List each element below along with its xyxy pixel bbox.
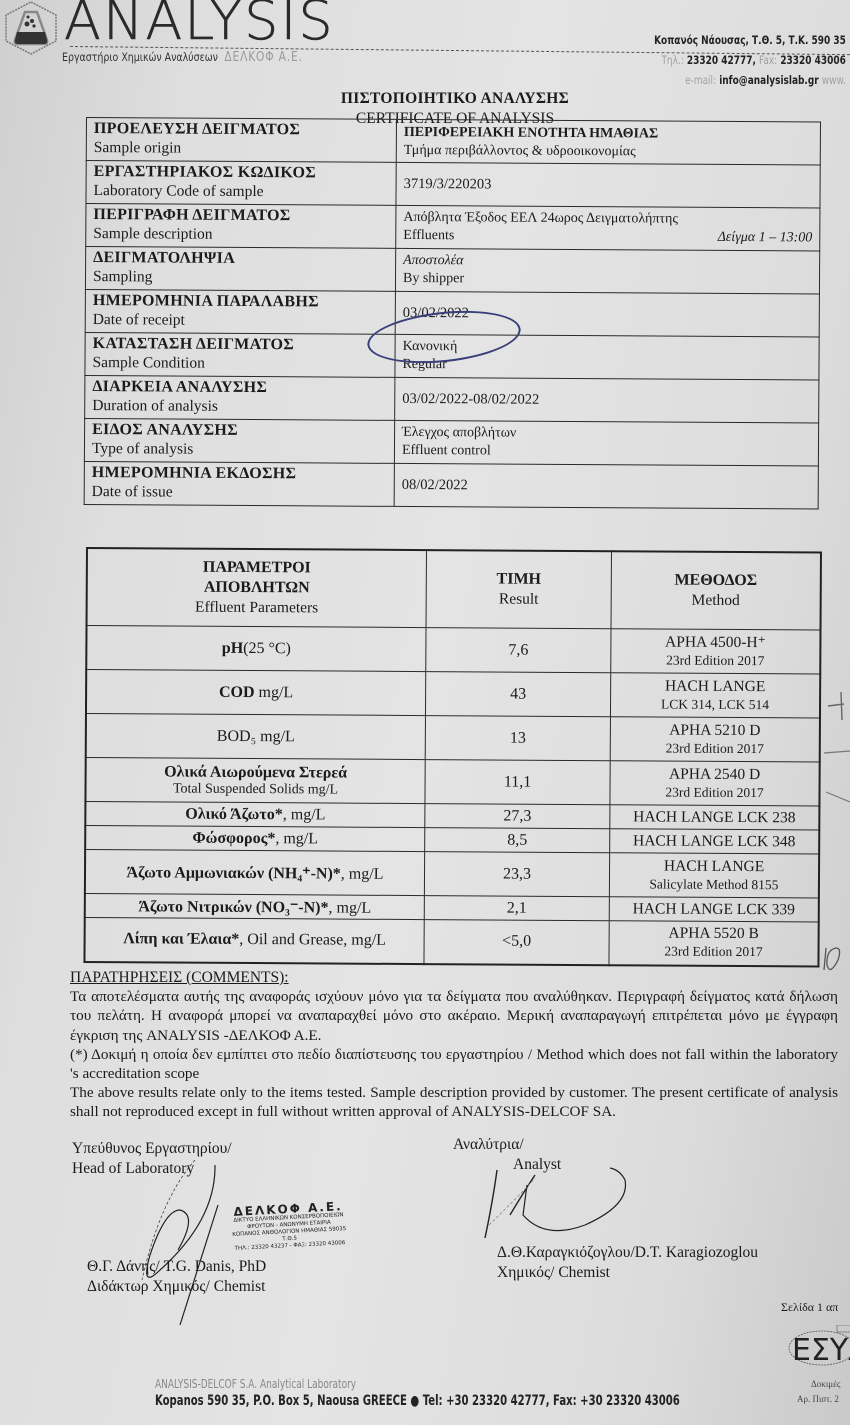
footer-address: Kopanos 590 35, P.O. Box 5, Naousa GREEC… [155, 1393, 680, 1409]
table-row: Ολικά Αιωρούμενα ΣτερεάTotal Suspended S… [85, 758, 819, 806]
page-number: Σελίδα 1 απ [781, 1300, 838, 1315]
handwritten-margin-marks [822, 680, 850, 980]
contact-block: Κοπανός Νάουσας, Τ.Θ. 5, Τ.Κ. 590 35 Tηλ… [654, 30, 846, 90]
results-header-row: ΠΑΡΑΜΕΤΡΟΙΑΠΟΒΛΗΤΩΝEffluent Parameters Τ… [87, 548, 821, 630]
brand-company: ΔΕΛΚΟΦ Α.Ε. [224, 50, 302, 65]
head-signature [120, 1160, 240, 1330]
brand-subtitle: Εργαστήριο Χημικών ΑναλύσεωνΔΕΛΚΟΦ Α.Ε. [62, 50, 303, 65]
comments-accreditation-note: (*) Δοκιμή η οποία δεν εμπίπτει στο πεδί… [70, 1045, 838, 1083]
svg-text:ΕΣΥΔ: ΕΣΥΔ [792, 1333, 850, 1367]
analyst-signature [475, 1160, 645, 1240]
table-row: Άζωτο Αμμωνιακών (NH₄⁺-N)*, mg/L 23,3 HA… [85, 850, 819, 898]
comments-section: ΠΑΡΑΤΗΡΗΣΕΙΣ (COMMENTS): Τα αποτελέσματα… [70, 968, 838, 1122]
table-row: Λίπη και Έλαια*, Oil and Grease, mg/L <5… [84, 917, 818, 965]
table-row: COD mg/L 43 HACH LANGELCK 314, LCK 514 [86, 670, 820, 718]
info-row-sampling: ΔΕΙΓΜΑΤΟΛΗΨΙΑSampling ΑποστολέαBy shippe… [85, 247, 819, 294]
contact-address: Κοπανός Νάουσας, Τ.Θ. 5, Τ.Κ. 590 35 [654, 30, 846, 50]
comments-english: The above results relate only to the ite… [70, 1083, 838, 1121]
contact-email-line: e-mail: info@analysislab.gr www. [654, 70, 846, 90]
table-row: BOD₅ mg/L 13 APHA 5210 D23rd Edition 201… [86, 714, 820, 762]
info-row-date-of-issue: ΗΜΕΡΟΜΗΝΙΑ ΕΚΔΟΣΗΣDate of issue 08/02/20… [84, 461, 818, 508]
results-table: ΠΑΡΑΜΕΤΡΟΙΑΠΟΒΛΗΤΩΝEffluent Parameters Τ… [83, 547, 822, 967]
table-row: pH(25 °C) 7,6 APHA 4500-H⁺23rd Edition 2… [86, 626, 820, 674]
info-row-sample-description: ΠΕΡΙΓΡΑΦΗ ΔΕΙΓΜΑΤΟΣSample description Απ… [86, 204, 820, 251]
brand-logo-text: ANALYSIS [64, 0, 335, 48]
accreditation-text: Δοκιμές Αρ. Πιστ. 2 [797, 1377, 840, 1407]
info-row-type-of-analysis: ΕΙΔΟΣ ΑΝΑΛΥΣΗΣType of analysis Έλεγχος α… [84, 418, 818, 465]
info-row-duration: ΔΙΑΡΚΕΙΑ ΑΝΑΛΥΣΗΣDuration of analysis 03… [85, 375, 819, 422]
esyd-accreditation-logo: ΕΣΥΔ [787, 1325, 850, 1367]
head-of-lab-name: Θ.Γ. Δάνης/ T.G. Danis, PhD Διδάκτωρ Χημ… [87, 1257, 266, 1297]
company-stamp: ΔΕΛΚΟΦ Α.Ε. ΔΙΚΤΥΟ ΕΛΛΗΝΙΚΩΝ ΚΟΝΣΕΡΒΟΠΟΙ… [223, 1200, 355, 1254]
footer-company: ANALYSIS-DELCOF S.A. Analytical Laborato… [155, 1377, 356, 1391]
brand-subtitle-text: Εργαστήριο Χημικών Αναλύσεων [62, 50, 218, 64]
comments-greek: Τα αποτελέσματα αυτής της αναφοράς ισχύο… [70, 987, 838, 1045]
contact-phone-line: Tηλ.: 23320 42777, Fax: 23320 43006 [654, 50, 846, 70]
certificate-title-greek: ΠΙΣΤΟΠΟΙΗΤΙΚΟ ΑΝΑΛΥΣΗΣ [0, 90, 850, 108]
contact-email[interactable]: info@analysislab.gr [719, 73, 818, 87]
analyst-name: Δ.Θ.Καραγκιόζογλου/D.T. Karagiozoglou Χη… [497, 1243, 758, 1283]
comments-title: ΠΑΡΑΤΗΡΗΣΕΙΣ (COMMENTS): [70, 968, 838, 987]
info-row-lab-code: ΕΡΓΑΣΤΗΡΙΑΚΟΣ ΚΩΔΙΚΟΣLaboratory Code of … [86, 161, 820, 208]
lab-code-value: 3719/3/220203 [403, 163, 812, 207]
flask-hexagon-icon [2, 0, 60, 56]
info-row-sample-origin: ΠΡΟΕΛΕΥΣΗ ΔΕΙΓΜΑΤΟΣSample origin ΠΕΡΙΦΕΡ… [86, 118, 820, 165]
